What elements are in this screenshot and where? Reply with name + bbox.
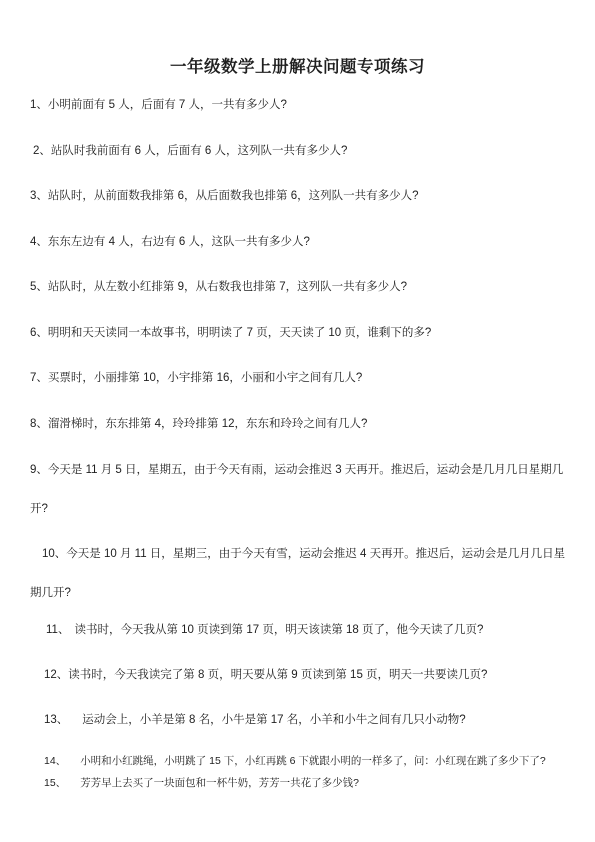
question-14-number: 14、 [44,755,66,767]
question-3-text: 站队时，从前面数我排第 6，从后面数我也排第 6，这列队一共有多少人? [48,190,419,202]
question-9: 9、今天是 11 月 5 日，星期五，由于今天有雨，运动会推迟 3 天再开。推迟… [30,451,567,529]
question-12: 12、读书时，今天我读完了第 8 页，明天要从第 9 页读到第 15 页，明天一… [44,667,567,684]
question-5-text: 站队时，从左数小红排第 9，从右数我也排第 7，这列队一共有多少人? [48,281,407,293]
question-6-number: 6、 [30,327,48,339]
question-11-text: 读书时，今天我从第 10 页读到第 17 页，明天该读第 18 页了，他今天读了… [74,624,483,636]
question-4-number: 4、 [30,236,48,248]
question-14: 14、小明和小红跳绳，小明跳了 15 下，小红再跳 6 下就跟小明的一样多了，问… [44,754,567,769]
question-10: 10、今天是 10 月 11 日，星期三，由于今天有雪，运动会推迟 4 天再开。… [30,535,567,613]
question-15: 15、芳芳早上去买了一块面包和一杯牛奶，芳芳一共花了多少钱? [44,776,567,791]
question-10-text: 今天是 10 月 11 日，星期三，由于今天有雪，运动会推迟 4 天再开。推迟后… [30,548,565,599]
question-1-number: 1、 [30,99,48,111]
question-2-text: 站队时我前面有 6 人，后面有 6 人，这列队一共有多少人? [51,145,347,157]
question-9-number: 9、 [30,464,48,476]
question-5-number: 5、 [30,281,48,293]
question-15-text: 芳芳早上去买了一块面包和一杯牛奶，芳芳一共花了多少钱? [80,777,359,789]
question-3: 3、站队时，从前面数我排第 6，从后面数我也排第 6，这列队一共有多少人? [30,188,567,205]
question-5: 5、站队时，从左数小红排第 9，从右数我也排第 7，这列队一共有多少人? [30,279,567,296]
question-13: 13、运动会上，小羊是第 8 名，小牛是第 17 名，小羊和小牛之间有几只小动物… [44,712,567,729]
question-14-text: 小明和小红跳绳，小明跳了 15 下，小红再跳 6 下就跟小明的一样多了，问：小红… [80,755,546,767]
question-4-text: 东东左边有 4 人，右边有 6 人，这队一共有多少人? [48,236,310,248]
question-12-number: 12、 [44,669,68,681]
question-2-number: 2、 [33,145,51,157]
question-8-number: 8、 [30,418,48,430]
question-1-text: 小明前面有 5 人，后面有 7 人，一共有多少人? [48,99,287,111]
question-11-number: 11、 [46,624,69,636]
question-3-number: 3、 [30,190,48,202]
question-4: 4、东东左边有 4 人，右边有 6 人，这队一共有多少人? [30,234,567,251]
page-title: 一年级数学上册解决问题专项练习 [0,53,595,77]
question-13-number: 13、 [44,714,68,726]
question-12-text: 读书时，今天我读完了第 8 页，明天要从第 9 页读到第 15 页，明天一共要读… [68,669,487,681]
question-7-text: 买票时，小丽排第 10，小宇排第 16，小丽和小宇之间有几人? [48,372,362,384]
question-8: 8、溜滑梯时，东东排第 4，玲玲排第 12，东东和玲玲之间有几人? [30,416,567,433]
question-15-number: 15、 [44,777,66,789]
question-6-text: 明明和天天读同一本故事书，明明读了 7 页，天天读了 10 页，谁剩下的多? [48,327,431,339]
question-8-text: 溜滑梯时，东东排第 4，玲玲排第 12，东东和玲玲之间有几人? [48,418,367,430]
question-9-text: 今天是 11 月 5 日，星期五，由于今天有雨，运动会推迟 3 天再开。推迟后，… [30,464,563,515]
question-2: 2、站队时我前面有 6 人，后面有 6 人，这列队一共有多少人? [33,143,570,160]
question-10-number: 10、 [42,548,66,560]
question-7: 7、买票时，小丽排第 10，小宇排第 16，小丽和小宇之间有几人? [30,370,567,387]
worksheet-page: 一年级数学上册解决问题专项练习 1、小明前面有 5 人，后面有 7 人，一共有多… [0,0,595,842]
question-1: 1、小明前面有 5 人，后面有 7 人，一共有多少人? [30,97,567,114]
question-13-text: 运动会上，小羊是第 8 名，小牛是第 17 名，小羊和小牛之间有几只小动物? [82,714,465,726]
question-11: 11、读书时，今天我从第 10 页读到第 17 页，明天该读第 18 页了，他今… [46,622,567,639]
question-6: 6、明明和天天读同一本故事书，明明读了 7 页，天天读了 10 页，谁剩下的多? [30,325,567,342]
question-7-number: 7、 [30,372,48,384]
